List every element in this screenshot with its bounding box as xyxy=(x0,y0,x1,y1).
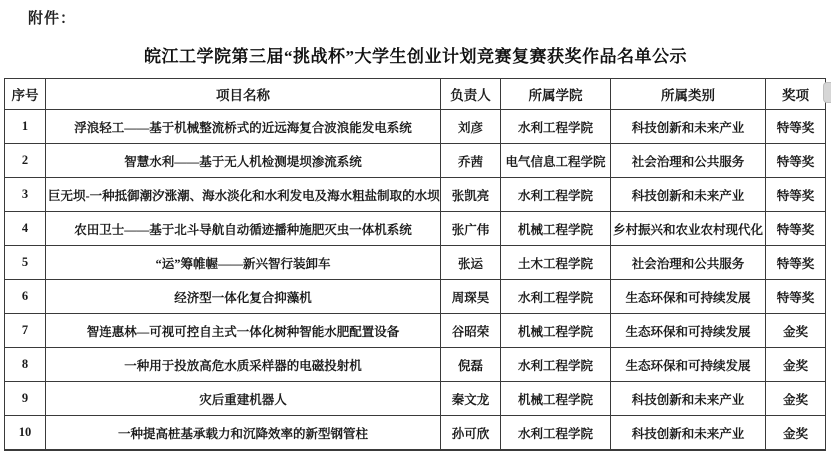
document-page: 附件： 皖江工学院第三届“挑战杯”大学生创业计划竞赛复赛获奖作品名单公示 序号 … xyxy=(0,0,831,454)
awards-table: 序号 项目名称 负责人 所属学院 所属类别 奖项 1浮浪轻工——基于机械整流桥式… xyxy=(4,78,826,451)
table-cell-no: 3 xyxy=(5,178,46,212)
table-cell-award: 特等奖 xyxy=(766,110,826,144)
table-row: 10一种提高桩基承载力和沉降效率的新型钢管柱孙可欣水利工程学院科技创新和未来产业… xyxy=(5,416,826,451)
table-cell-leader: 倪磊 xyxy=(441,348,501,382)
table-row: 2智慧水利——基于无人机检测堤坝渗流系统乔茜电气信息工程学院社会治理和公共服务特… xyxy=(5,144,826,178)
header-cell-college: 所属学院 xyxy=(501,79,611,110)
table-cell-no: 2 xyxy=(5,144,46,178)
table-cell-no: 8 xyxy=(5,348,46,382)
table-cell-award: 特等奖 xyxy=(766,212,826,246)
table-cell-category: 科技创新和未来产业 xyxy=(611,416,766,451)
table-cell-award: 特等奖 xyxy=(766,144,826,178)
table-cell-award: 金奖 xyxy=(766,314,826,348)
table-cell-no: 6 xyxy=(5,280,46,314)
table-row: 6经济型一体化复合抑藻机周琛昊水利工程学院生态环保和可持续发展特等奖 xyxy=(5,280,826,314)
table-cell-leader: 乔茜 xyxy=(441,144,501,178)
scrollbar-thumb[interactable] xyxy=(823,82,831,103)
table-cell-award: 金奖 xyxy=(766,382,826,416)
table-cell-college: 机械工程学院 xyxy=(501,212,611,246)
header-cell-leader: 负责人 xyxy=(441,79,501,110)
table-cell-leader: 张运 xyxy=(441,246,501,280)
table-cell-no: 9 xyxy=(5,382,46,416)
table-cell-category: 科技创新和未来产业 xyxy=(611,382,766,416)
table-cell-award: 特等奖 xyxy=(766,280,826,314)
table-row: 5“运”筹帷幄——新兴智行装卸车张运土木工程学院社会治理和公共服务特等奖 xyxy=(5,246,826,280)
table-cell-project: 智慧水利——基于无人机检测堤坝渗流系统 xyxy=(46,144,441,178)
table-row: 1浮浪轻工——基于机械整流桥式的近远海复合波浪能发电系统刘彦水利工程学院科技创新… xyxy=(5,110,826,144)
table-cell-leader: 张凯亮 xyxy=(441,178,501,212)
table-row: 8一种用于投放高危水质采样器的电磁投射机倪磊水利工程学院生态环保和可持续发展金奖 xyxy=(5,348,826,382)
table-header-row: 序号 项目名称 负责人 所属学院 所属类别 奖项 xyxy=(5,79,826,110)
table-cell-project: 巨无坝-一种抵御潮汐涨潮、海水淡化和水利发电及海水粗盐制取的水坝 xyxy=(46,178,441,212)
header-cell-project: 项目名称 xyxy=(46,79,441,110)
table-cell-project: “运”筹帷幄——新兴智行装卸车 xyxy=(46,246,441,280)
page-title: 皖江工学院第三届“挑战杯”大学生创业计划竞赛复赛获奖作品名单公示 xyxy=(0,42,831,67)
attachment-label: 附件： xyxy=(28,7,76,28)
table-cell-project: 农田卫士——基于北斗导航自动循迹播种施肥灭虫一体机系统 xyxy=(46,212,441,246)
table-cell-project: 一种用于投放高危水质采样器的电磁投射机 xyxy=(46,348,441,382)
table-row: 4农田卫士——基于北斗导航自动循迹播种施肥灭虫一体机系统张广伟机械工程学院乡村振… xyxy=(5,212,826,246)
header-cell-award: 奖项 xyxy=(766,79,826,110)
table-cell-no: 1 xyxy=(5,110,46,144)
table-cell-project: 灾后重建机器人 xyxy=(46,382,441,416)
table-row: 7智连惠林—可视可控自主式一体化树种智能水肥配置设备谷昭荣机械工程学院生态环保和… xyxy=(5,314,826,348)
table-cell-category: 科技创新和未来产业 xyxy=(611,178,766,212)
table-row: 3巨无坝-一种抵御潮汐涨潮、海水淡化和水利发电及海水粗盐制取的水坝张凯亮水利工程… xyxy=(5,178,826,212)
table-cell-category: 生态环保和可持续发展 xyxy=(611,348,766,382)
header-cell-category: 所属类别 xyxy=(611,79,766,110)
table-cell-award: 金奖 xyxy=(766,416,826,451)
table-cell-leader: 张广伟 xyxy=(441,212,501,246)
table-cell-project: 浮浪轻工——基于机械整流桥式的近远海复合波浪能发电系统 xyxy=(46,110,441,144)
table-cell-leader: 刘彦 xyxy=(441,110,501,144)
table-cell-category: 科技创新和未来产业 xyxy=(611,110,766,144)
table-cell-no: 7 xyxy=(5,314,46,348)
table-cell-no: 4 xyxy=(5,212,46,246)
table-cell-college: 土木工程学院 xyxy=(501,246,611,280)
table-cell-no: 10 xyxy=(5,416,46,451)
table-cell-category: 生态环保和可持续发展 xyxy=(611,314,766,348)
table-cell-no: 5 xyxy=(5,246,46,280)
table-cell-college: 水利工程学院 xyxy=(501,280,611,314)
table-cell-award: 特等奖 xyxy=(766,246,826,280)
table-cell-college: 水利工程学院 xyxy=(501,110,611,144)
table-cell-project: 经济型一体化复合抑藻机 xyxy=(46,280,441,314)
table-cell-leader: 谷昭荣 xyxy=(441,314,501,348)
table-cell-category: 乡村振兴和农业农村现代化 xyxy=(611,212,766,246)
table-cell-category: 社会治理和公共服务 xyxy=(611,144,766,178)
header-cell-no: 序号 xyxy=(5,79,46,110)
table-cell-award: 金奖 xyxy=(766,348,826,382)
table-cell-college: 水利工程学院 xyxy=(501,348,611,382)
table-cell-leader: 秦文龙 xyxy=(441,382,501,416)
table-cell-project: 智连惠林—可视可控自主式一体化树种智能水肥配置设备 xyxy=(46,314,441,348)
table-cell-category: 生态环保和可持续发展 xyxy=(611,280,766,314)
table-cell-college: 机械工程学院 xyxy=(501,314,611,348)
table-cell-category: 社会治理和公共服务 xyxy=(611,246,766,280)
table-cell-leader: 周琛昊 xyxy=(441,280,501,314)
table-cell-college: 机械工程学院 xyxy=(501,382,611,416)
table-cell-award: 特等奖 xyxy=(766,178,826,212)
table-cell-college: 水利工程学院 xyxy=(501,178,611,212)
table-cell-project: 一种提高桩基承载力和沉降效率的新型钢管柱 xyxy=(46,416,441,451)
table-cell-leader: 孙可欣 xyxy=(441,416,501,451)
table-row: 9灾后重建机器人秦文龙机械工程学院科技创新和未来产业金奖 xyxy=(5,382,826,416)
table-cell-college: 电气信息工程学院 xyxy=(501,144,611,178)
table-cell-college: 水利工程学院 xyxy=(501,416,611,451)
